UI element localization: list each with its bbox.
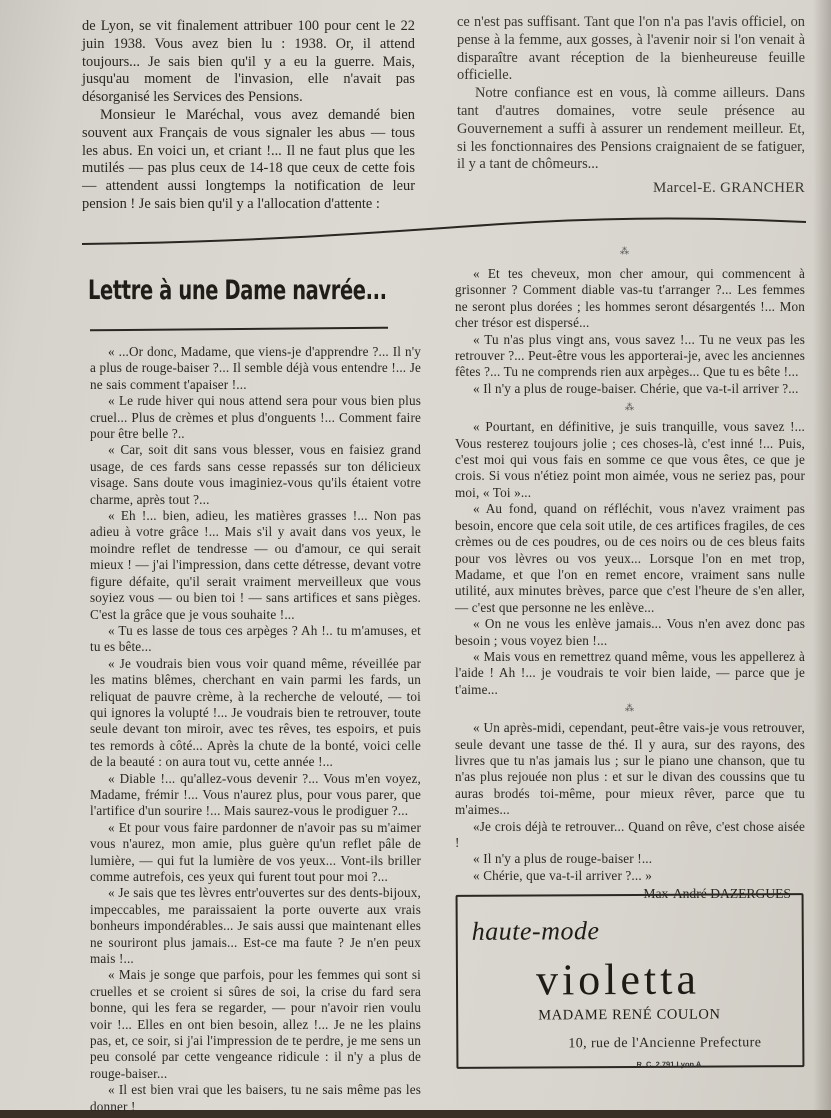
paragraph: « Il est bien vrai que les baisers, tu n… — [90, 1082, 421, 1115]
ad-tagline: haute-mode — [472, 916, 600, 947]
paragraph: « Pourtant, en définitive, je suis tranq… — [455, 419, 805, 501]
paragraph: Notre confiance est en vous, là comme ai… — [457, 85, 805, 174]
paragraph: de Lyon, se vit finalement attribuer 100… — [82, 18, 415, 107]
paragraph: Monsieur le Maréchal, vous avez demandé … — [82, 107, 415, 214]
article-title: Lettre à une Dame navrée... — [88, 275, 304, 306]
paragraph: ce n'est pas suffisant. Tant que l'on n'… — [457, 14, 805, 85]
ad-registration: R. C. 2.791 Lyon A — [636, 1060, 701, 1069]
article-1-left-column: de Lyon, se vit finalement attribuer 100… — [82, 18, 415, 214]
paragraph: « On ne vous les enlève jamais... Vous n… — [455, 616, 805, 649]
paragraph: « Chérie, que va-t-il arriver ?... » — [455, 868, 805, 884]
paragraph: « Tu es lasse de tous ces arpèges ? Ah !… — [90, 623, 421, 656]
ad-owner: MADAME RENÉ COULON — [538, 1007, 720, 1025]
article-1-signature: Marcel-E. GRANCHER — [457, 180, 805, 198]
paragraph: « Tu n'as plus vingt ans, vous savez !..… — [455, 332, 805, 381]
paragraph: « Il n'y a plus de rouge-baiser !... — [455, 851, 805, 867]
advertisement-box: haute-mode violetta MADAME RENÉ COULON 1… — [456, 893, 805, 1069]
ornament-icon: ⁂ — [455, 704, 805, 712]
paragraph: « Le rude hiver qui nous attend sera pou… — [90, 393, 421, 442]
ornament-icon: ⁂ — [455, 403, 805, 411]
article-1-right-column: ce n'est pas suffisant. Tant que l'on n'… — [457, 14, 805, 198]
paragraph: « Un après-midi, cependant, peut-être va… — [455, 720, 805, 818]
paragraph: « Et tes cheveux, mon cher amour, qui co… — [455, 266, 805, 332]
ad-address: 10, rue de l'Ancienne Prefecture — [568, 1035, 761, 1052]
title-underline — [90, 327, 388, 332]
article-2-left-column: « ...Or donc, Madame, que viens-je d'app… — [90, 344, 421, 1115]
paragraph: « Je voudrais bien vous voir quand même,… — [90, 656, 421, 771]
paragraph: « ...Or donc, Madame, que viens-je d'app… — [90, 344, 421, 393]
magazine-page: de Lyon, se vit finalement attribuer 100… — [0, 0, 831, 1110]
paragraph: « Mais je songe que parfois, pour les fe… — [90, 967, 421, 1082]
ornament-icon: ⁂ — [600, 247, 650, 255]
paragraph: « Il n'y a plus de rouge-baiser. Chérie,… — [455, 381, 805, 397]
paragraph: « Au fond, quand on réfléchit, vous n'av… — [455, 501, 805, 616]
paragraph: « Mais vous en remettrez quand même, vou… — [455, 649, 805, 698]
paragraph: « Car, soit dit sans vous blesser, vous … — [90, 442, 421, 508]
paragraph: «Je crois déjà te retrouver... Quand on … — [455, 819, 805, 852]
article-2-right-column: « Et tes cheveux, mon cher amour, qui co… — [455, 266, 805, 903]
section-divider-rule — [82, 214, 806, 254]
paragraph: « Eh !... bien, adieu, les matières gras… — [90, 508, 421, 623]
paragraph: « Je sais que tes lèvres entr'ouvertes s… — [90, 885, 421, 967]
paragraph: « Et pour vous faire pardonner de n'avoi… — [90, 820, 421, 886]
ad-brand-name: violetta — [536, 954, 700, 1006]
paragraph: « Diable !... qu'allez-vous devenir ?...… — [90, 771, 421, 820]
